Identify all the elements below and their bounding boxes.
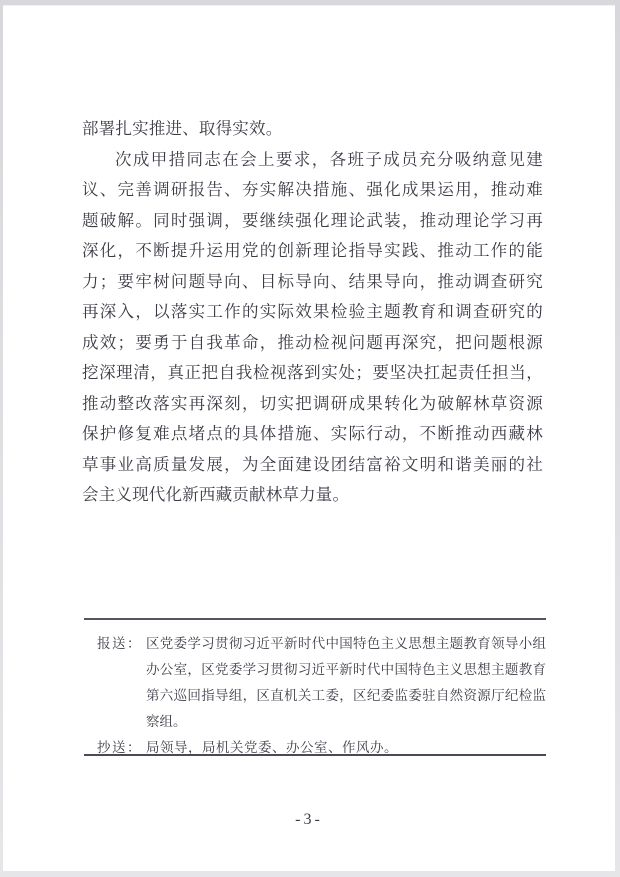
text-line: 部署扎实推进、取得实效。 — [82, 114, 543, 145]
text-line: 议、完善调研报告、夯实解决措施、强化成果运用，推动难 — [82, 175, 543, 206]
text-line: 草事业高质量发展，为全面建设团结富裕文明和谐美丽的社 — [82, 450, 543, 481]
text-line: 力；要牢树问题导向、目标导向、结果导向，推动调查研究 — [82, 267, 543, 298]
document-page: 部署扎实推进、取得实效。次成甲措同志在会上要求，各班子成员充分吸纳意见建议、完善… — [3, 5, 615, 871]
baosong-content: 区党委学习贯彻习近平新时代中国特色主义思想主题教育领导小组办公室，区党委学习贯彻… — [146, 631, 546, 735]
text-line: 题破解。同时强调，要继续强化理论武装，推动理论学习再 — [82, 206, 543, 237]
chaosong-content: 局领导，局机关党委、办公室、作风办。 — [146, 735, 546, 761]
text-line: 察组。 — [146, 709, 546, 735]
chaosong-row: 抄送： 局领导，局机关党委、办公室、作风办。 — [84, 735, 546, 761]
text-line: 再深入，以落实工作的实际效果检验主题教育和调查研究的 — [82, 297, 543, 328]
distribution-block: 报送： 区党委学习贯彻习近平新时代中国特色主义思想主题教育领导小组办公室，区党委… — [84, 618, 546, 756]
text-line: 会主义现代化新西藏贡献林草力量。 — [82, 480, 543, 511]
baosong-label: 报送： — [97, 631, 146, 657]
text-line: 第六巡回指导组，区直机关工委，区纪委监委驻自然资源厅纪检监 — [146, 683, 546, 709]
text-line: 次成甲措同志在会上要求，各班子成员充分吸纳意见建 — [82, 145, 543, 176]
text-line: 保护修复难点堵点的具体措施、实际行动，不断推动西藏林 — [82, 419, 543, 450]
text-line: 办公室，区党委学习贯彻习近平新时代中国特色主义思想主题教育 — [146, 657, 546, 683]
text-line: 成效；要勇于自我革命，推动检视问题再深究，把问题根源 — [82, 328, 543, 359]
text-line: 推动整改落实再深刻，切实把调研成果转化为破解林草资源 — [82, 389, 543, 420]
text-line: 区党委学习贯彻习近平新时代中国特色主义思想主题教育领导小组 — [146, 631, 546, 657]
text-line: 深化，不断提升运用党的创新理论指导实践、推动工作的能 — [82, 236, 543, 267]
document-body-text: 部署扎实推进、取得实效。次成甲措同志在会上要求，各班子成员充分吸纳意见建议、完善… — [82, 114, 543, 511]
page-number: -3- — [3, 811, 615, 829]
text-line: 挖深理清，真正把自我检视落到实处；要坚决扛起责任担当， — [82, 358, 543, 389]
baosong-row: 报送： 区党委学习贯彻习近平新时代中国特色主义思想主题教育领导小组办公室，区党委… — [84, 631, 546, 735]
chaosong-label: 抄送： — [97, 735, 146, 761]
